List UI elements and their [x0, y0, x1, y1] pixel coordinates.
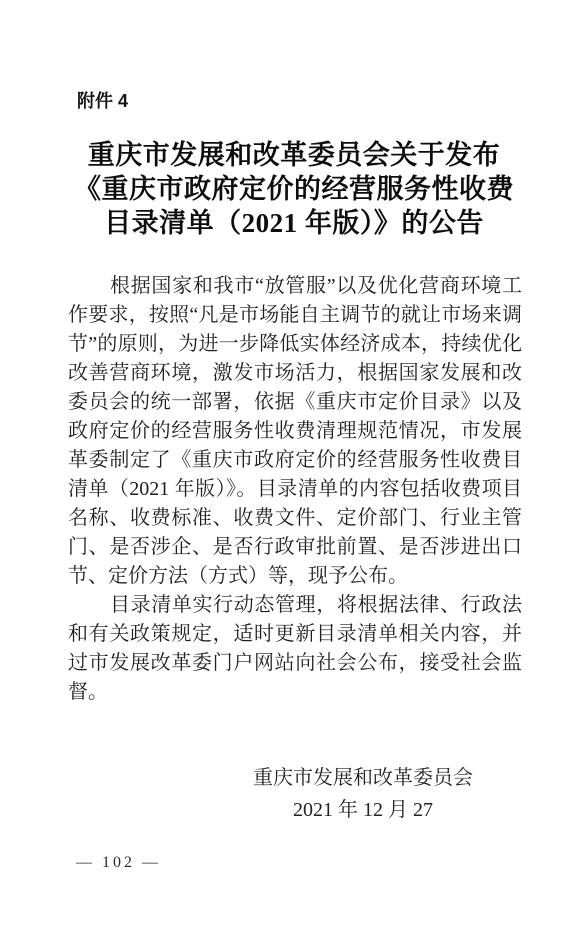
page-number: — 102 — [76, 853, 161, 873]
body-line: 节、定价方法（方式）等，现予公布。 [68, 562, 522, 591]
signature-organization: 重庆市发展和改革委员会 [138, 762, 588, 794]
body-line: 作要求，按照“凡是市场能自主调节的就让市场来调 [68, 301, 522, 330]
body-line: 政府定价的经营服务性收费清理规范情况，市发展改 [68, 417, 522, 446]
document-body: 根据国家和我市“放管服”以及优化营商环境工 作要求，按照“凡是市场能自主调节的就… [68, 272, 522, 707]
body-line: 革委制定了《重庆市政府定价的经营服务性收费目录 [68, 446, 522, 475]
attachment-label: 附件 4 [77, 90, 128, 112]
document-title: 重庆市发展和改革委员会关于发布 《重庆市政府定价的经营服务性收费 目录清单（20… [34, 138, 554, 240]
title-line-3: 目录清单（2021 年版）》的公告 [34, 206, 554, 240]
body-line: 名称、收费标准、收费文件、定价部门、行业主管部 [68, 504, 522, 533]
title-line-2: 《重庆市政府定价的经营服务性收费 [34, 172, 554, 206]
signature-date: 2021 年 12 月 27 [138, 794, 588, 826]
body-line: 改善营商环境，激发市场活力，根据国家发展和改革 [68, 359, 522, 388]
body-line: 和有关政策规定，适时更新目录清单相关内容，并通 [68, 620, 522, 649]
paragraph-1: 根据国家和我市“放管服”以及优化营商环境工 作要求，按照“凡是市场能自主调节的就… [68, 272, 522, 591]
body-line: 目录清单实行动态管理，将根据法律、行政法规 [68, 591, 522, 620]
signature-block: 重庆市发展和改革委员会 2021 年 12 月 27 [138, 762, 588, 826]
title-line-1: 重庆市发展和改革委员会关于发布 [34, 138, 554, 172]
paragraph-2: 目录清单实行动态管理，将根据法律、行政法规 和有关政策规定，适时更新目录清单相关… [68, 591, 522, 707]
body-line: 门、是否涉企、是否行政审批前置、是否涉进出口环 [68, 533, 522, 562]
body-line: 过市发展改革委门户网站向社会公布，接受社会监 [68, 649, 522, 678]
body-line: 根据国家和我市“放管服”以及优化营商环境工 [68, 272, 522, 301]
body-line: 督。 [68, 678, 522, 707]
body-line: 节”的原则，为进一步降低实体经济成本，持续优化 [68, 330, 522, 359]
body-line: 清单（2021 年版）》。目录清单的内容包括收费项目 [68, 475, 522, 504]
document-page: 附件 4 重庆市发展和改革委员会关于发布 《重庆市政府定价的经营服务性收费 目录… [0, 0, 588, 947]
body-line: 委员会的统一部署，依据《重庆市定价目录》以及对 [68, 388, 522, 417]
